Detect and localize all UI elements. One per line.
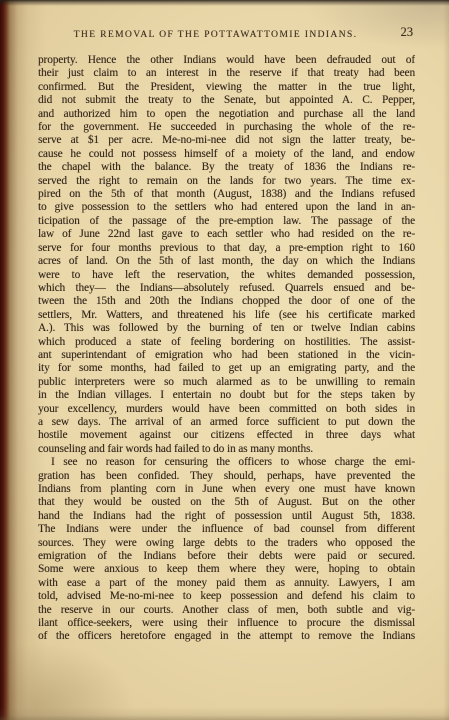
text-line: The Indians were under the influence of … (38, 523, 415, 536)
text-line: property. Hence the other Indians would … (38, 54, 415, 67)
text-line: Some were anxious to keep them where the… (38, 563, 415, 576)
text-line: A.). This was followed by the burning of… (38, 322, 415, 335)
text-line: tween the 15th and 20th the Indians chop… (38, 295, 415, 308)
text-line: that they would be ousted on the 5th of … (38, 496, 415, 509)
scanned-book-page: THE REMOVAL OF THE POTTAWATTOMIE INDIANS… (0, 0, 449, 720)
text-line: told, advised Me-no-mi-nee to keep posse… (38, 590, 415, 603)
text-line: pired on the 5th of that month (August, … (38, 188, 415, 201)
text-line: serve for four months previous to that d… (38, 242, 415, 255)
paragraph: I see no reason for censuring the office… (38, 456, 415, 644)
text-line: ity for some months, had failed to get u… (38, 362, 415, 375)
text-line: ilant office-seekers, were using their i… (38, 617, 415, 630)
text-line: gration has been confided. They should, … (38, 470, 415, 483)
text-line: serve at $1 per acre. Me-no-mi-nee did n… (38, 134, 415, 147)
text-line: hand the Indians had the right of posses… (38, 510, 415, 523)
text-line: hostile movement against our citizens ef… (38, 429, 415, 442)
text-line: Indians from planting corn in June when … (38, 483, 415, 496)
text-line: ant superintendant of emigration who had… (38, 349, 415, 362)
text-line: acres of land. On the 5th of last month,… (38, 255, 415, 268)
text-line: confirmed. But the President, viewing th… (38, 81, 415, 94)
running-header-title: THE REMOVAL OF THE POTTAWATTOMIE INDIANS… (74, 29, 358, 40)
text-line: which they— the Indians—absolutely refus… (38, 282, 415, 295)
page-number: 23 (401, 25, 414, 40)
text-line: were to have left the reservation, the w… (38, 269, 415, 282)
text-line: cause he could not possess himself of a … (38, 148, 415, 161)
text-line: with ease a part of the money paid them … (38, 577, 415, 590)
text-line: I see no reason for censuring the office… (38, 456, 415, 469)
text-line: and authorized him to open the negotiati… (38, 108, 415, 121)
text-line: a sew days. The arrival of an armed forc… (38, 416, 415, 429)
text-line: the chapel with the balance. By the trea… (38, 161, 415, 174)
text-line: ticipation of the passage of the pre-emp… (38, 215, 415, 228)
paragraph: property. Hence the other Indians would … (38, 54, 415, 456)
text-line: law of June 22nd last gave to each settl… (38, 228, 415, 241)
text-line: public interpreters were so much alarmed… (38, 376, 415, 389)
text-line: served the right to remain on the lands … (38, 175, 415, 188)
text-line: in the Indian villages. I entertain no d… (38, 389, 415, 402)
text-line: settlers, Mr. Watters, and threatened hi… (38, 309, 415, 322)
text-line: to give possession to the settlers who h… (38, 201, 415, 214)
running-header: THE REMOVAL OF THE POTTAWATTOMIE INDIANS… (38, 26, 415, 44)
text-line: sources. They were owing large debts to … (38, 537, 415, 550)
text-line: the reserve in our courts. Another class… (38, 604, 415, 617)
text-line: which produced a state of feeling border… (38, 336, 415, 349)
text-line: their just claim to an interest in the r… (38, 67, 415, 80)
text-line: did not submit the treaty to the Senate,… (38, 94, 415, 107)
text-line: for the government. He succeeded in purc… (38, 121, 415, 134)
text-line: counseling and fair words had failed to … (38, 443, 415, 456)
page-body: property. Hence the other Indians would … (38, 54, 415, 644)
text-line: emigration of the Indians before their d… (38, 550, 415, 563)
text-line: of the officers heretofore engaged in th… (38, 630, 415, 643)
text-line: your excellency, murders would have been… (38, 403, 415, 416)
